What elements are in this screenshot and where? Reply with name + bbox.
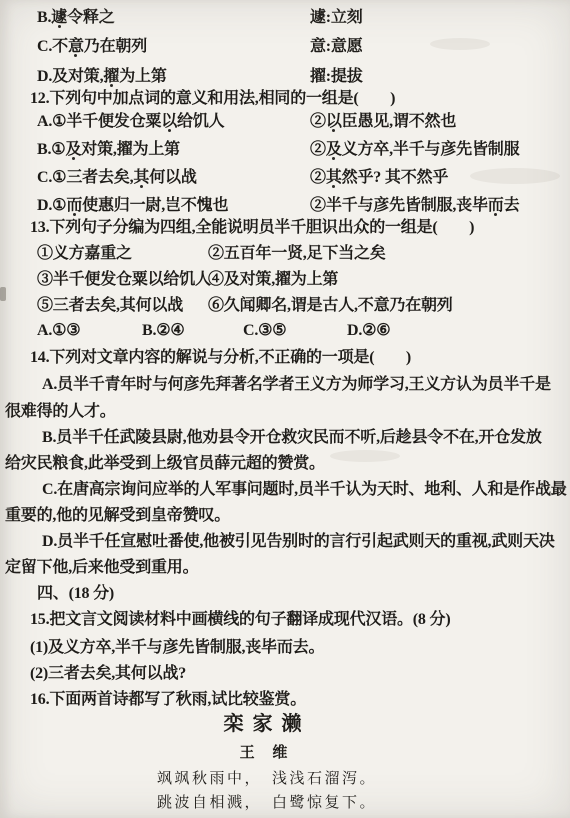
q13-item-5: ⑤三者去矣,其何以战 xyxy=(37,293,183,319)
q12-option-row-b: B.①及对策,擢为上第 ②及义方卒,半千与彦先皆制服 xyxy=(0,137,570,163)
q14-stem: 14.下列对文章内容的解说与分析,不正确的一项是( ) xyxy=(0,345,570,371)
q14-para-b-line1: B.员半千任武陵县尉,他劝县令开仓救灾民而不听,后趁县令不在,开仓发放 xyxy=(0,425,570,451)
q11-option-c-gloss: 意:意愿 xyxy=(310,34,363,60)
scanned-exam-page: B.遽令释之 遽:立刻 C.不意乃在朝列 意:意愿 D.及对策,擢为上第 擢:提… xyxy=(0,0,570,818)
q12-option-c-1: C.①三者去矣,其何以战 xyxy=(37,165,197,191)
q15-item-2-text: (2)三者去矣,其何以战? xyxy=(30,661,186,687)
q15-stem-text: 15.把文言文阅读材料中画横线的句子翻译成现代汉语。(8 分) xyxy=(30,607,450,633)
q14-para-a-line2: 很难得的人才。 xyxy=(0,399,570,425)
q14-para-c-text2: 重要的,他的见解受到皇帝赞叹。 xyxy=(5,503,230,529)
q14-para-d-line1: D.员半千任宣慰吐番使,他被引见告别时的言行引起武则天的重视,武则天决 xyxy=(0,529,570,555)
q14-stem-text: 14.下列对文章内容的解说与分析,不正确的一项是( ) xyxy=(30,345,411,371)
q16-stem-text: 16.下面两首诗都写了秋雨,试比较鉴赏。 xyxy=(30,687,306,713)
q13-pair-row-3: ⑤三者去矣,其何以战 ⑥久闻卿名,谓是古人,不意乃在朝列 xyxy=(0,293,570,319)
q15-item-1: (1)及义方卒,半千与彦先皆制服,丧毕而去。 xyxy=(0,635,570,661)
q13-item-3: ③半千便发仓粟以给饥人 xyxy=(37,267,211,293)
q14-para-b-text1: B.员半千任武陵县尉,他劝县令开仓救灾民而不听,后趁县令不在,开仓发放 xyxy=(42,425,542,451)
q14-para-b-text2: 给灾民粮食,此举受到上级官员薛元超的赞赏。 xyxy=(5,451,325,477)
q14-para-d-text1: D.员半千任宣慰吐番使,他被引见告别时的言行引起武则天的重视,武则天决 xyxy=(42,529,555,555)
q16-stem: 16.下面两首诗都写了秋雨,试比较鉴赏。 xyxy=(0,687,570,713)
q13-pair-row-1: ①义方嘉重之 ②五百年一贤,足下当之矣 xyxy=(0,241,570,267)
poem-line-2: 跳波自相溅， 白鹭惊复下。 xyxy=(0,790,534,816)
q15-item-2: (2)三者去矣,其何以战? xyxy=(0,661,570,687)
q14-para-d-text2: 定留下他,后来他受到重用。 xyxy=(5,555,198,581)
section-4-label: 四、(18 分) xyxy=(37,581,114,607)
q12-option-a-2: ②以臣愚见,谓不然也 xyxy=(310,109,456,135)
q15-stem: 15.把文言文阅读材料中画横线的句子翻译成现代汉语。(8 分) xyxy=(0,607,570,633)
q12-option-row-c: C.①三者去矣,其何以战 ②其然乎? 其不然乎 xyxy=(0,165,570,191)
q13-item-4: ④及对策,擢为上第 xyxy=(208,267,338,293)
q14-para-d-line2: 定留下他,后来他受到重用。 xyxy=(0,555,570,581)
section-4-header: 四、(18 分) xyxy=(0,581,570,607)
q12-option-b-1: B.①及对策,擢为上第 xyxy=(37,137,180,163)
q11-option-row-c: C.不意乃在朝列 意:意愿 xyxy=(0,34,570,60)
q13-answer-c: C.③⑤ xyxy=(243,318,286,344)
q14-para-a-text2: 很难得的人才。 xyxy=(5,399,116,425)
q12-option-row-a: A.①半千便发仓粟以给饥人 ②以臣愚见,谓不然也 xyxy=(0,109,570,135)
q14-para-c-line1: C.在唐高宗询问应举的人军事问题时,员半千认为天时、地利、人和是作战最 xyxy=(0,477,570,503)
q13-stem-text: 13.下列句子分编为四组,全能说明员半千胆识出众的一组是( ) xyxy=(30,215,474,241)
q13-stem: 13.下列句子分编为四组,全能说明员半千胆识出众的一组是( ) xyxy=(0,215,570,241)
q15-item-1-text: (1)及义方卒,半千与彦先皆制服,丧毕而去。 xyxy=(30,635,324,661)
q11-option-b-phrase: B.遽令释之 xyxy=(37,5,115,31)
q14-para-a-text1: A.员半千青年时与何彦先拜著名学者王义方为师学习,王义方认为员半千是 xyxy=(42,372,551,398)
q14-para-a-line1: A.员半千青年时与何彦先拜著名学者王义方为师学习,王义方认为员半千是 xyxy=(0,372,570,398)
poem-author: 王 维 xyxy=(0,740,534,766)
q11-option-b-gloss: 遽:立刻 xyxy=(310,5,363,31)
q13-pair-row-2: ③半千便发仓粟以给饥人 ④及对策,擢为上第 xyxy=(0,267,570,293)
q11-option-c-phrase: C.不意乃在朝列 xyxy=(37,34,147,60)
poem-line-1: 飒飒秋雨中， 浅浅石溜泻。 xyxy=(0,766,534,792)
q12-option-a-1: A.①半千便发仓粟以给饥人 xyxy=(37,109,224,135)
q13-answer-a: A.①③ xyxy=(37,318,80,344)
q14-para-b-line2: 给灾民粮食,此举受到上级官员薛元超的赞赏。 xyxy=(0,451,570,477)
poem-title: 栾家濑 xyxy=(0,711,534,737)
q13-item-6: ⑥久闻卿名,谓是古人,不意乃在朝列 xyxy=(208,293,453,319)
q14-para-c-text1: C.在唐高宗询问应举的人军事问题时,员半千认为天时、地利、人和是作战最 xyxy=(42,477,567,503)
q13-item-2: ②五百年一贤,足下当之矣 xyxy=(208,241,386,267)
q11-option-row-b: B.遽令释之 遽:立刻 xyxy=(0,5,570,31)
q13-item-1: ①义方嘉重之 xyxy=(37,241,132,267)
q12-option-c-2: ②其然乎? 其不然乎 xyxy=(310,165,448,191)
q14-para-c-line2: 重要的,他的见解受到皇帝赞叹。 xyxy=(0,503,570,529)
q12-option-b-2: ②及义方卒,半千与彦先皆制服 xyxy=(310,137,519,163)
q13-answer-d: D.②⑥ xyxy=(347,318,390,344)
q13-answer-row: A.①③ B.②④ C.③⑤ D.②⑥ xyxy=(0,318,570,344)
q13-answer-b: B.②④ xyxy=(142,318,185,344)
